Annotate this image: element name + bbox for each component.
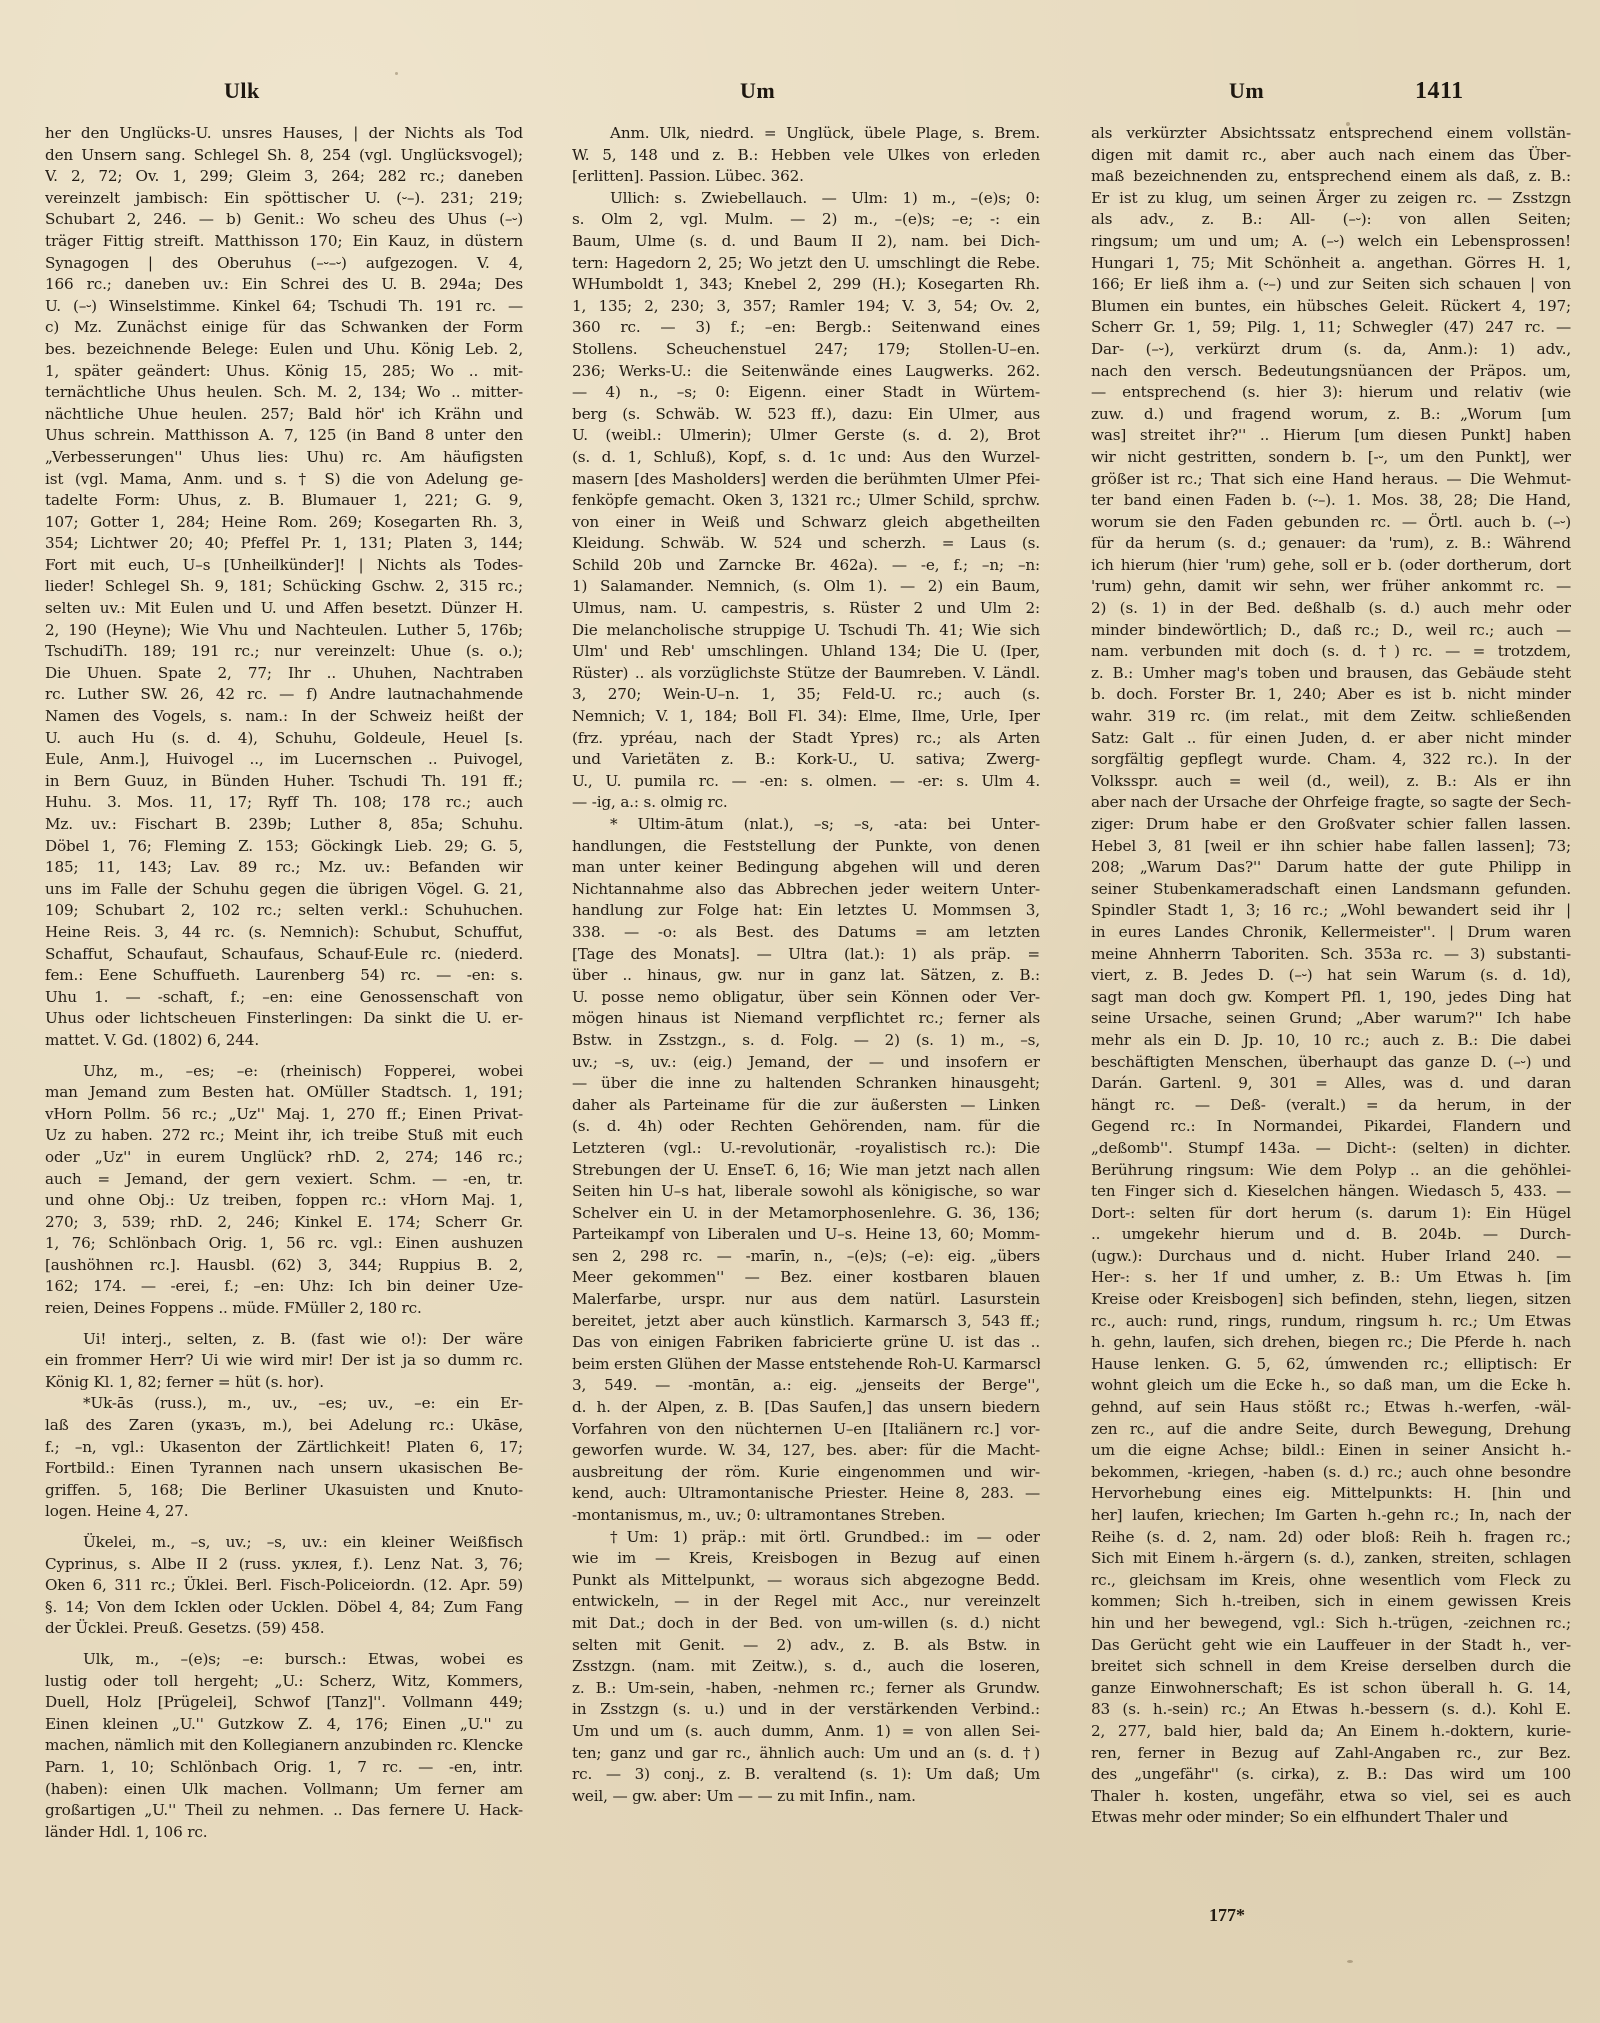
text-line: Punkt als Mittelpunkt, — woraus sich abg… (572, 1570, 1040, 1592)
text-line: meine Ahnherrn Taboriten. Sch. 353a rc. … (1091, 944, 1571, 966)
text-line: nam. verbunden mit doch (s. d. †) rc. — … (1091, 641, 1571, 663)
text-line: Das Gerücht geht wie ein Lauffeuer in de… (1091, 1635, 1571, 1657)
text-line: mit Dat.; doch in der Bed. von um-willen… (572, 1613, 1040, 1635)
text-line: Ullich: s. Zwiebellauch. — Ulm: 1) m., –… (572, 188, 1040, 210)
text-line: Uz zu haben. 272 rc.; Meint ihr, ich tre… (45, 1125, 523, 1147)
text-line: 166 rc.; daneben uv.: Ein Schrei des U. … (45, 274, 523, 296)
text-line: Meer gekommen'' — Bez. einer kostbaren b… (572, 1267, 1040, 1289)
text-line: Baum, Ulme (s. d. und Baum II 2), nam. b… (572, 231, 1040, 253)
text-line: großartigen „U.'' Theil zu nehmen. .. Da… (45, 1800, 523, 1822)
text-line: Rüster) .. als vorzüglichste Stütze der … (572, 663, 1040, 685)
text-line: zuw. d.) und fragend worum, z. B.: „Woru… (1091, 404, 1571, 426)
text-line: ringsum; um und um; A. (–⏑) welch ein Le… (1091, 231, 1571, 253)
text-line: ternächtliche Uhus heulen. Sch. M. 2, 13… (45, 382, 523, 404)
text-line: 354; Lichtwer 20; 40; Pfeffel Pr. 1, 131… (45, 533, 523, 555)
text-line: Parteikampf von Liberalen und U–s. Heine… (572, 1224, 1040, 1246)
text-line: Etwas mehr oder minder; So ein elfhunder… (1091, 1807, 1571, 1829)
text-line: was] streitet ihr?'' .. Hierum [um diese… (1091, 425, 1571, 447)
text-line: Die Uhuen. Spate 2, 77; Ihr .. Uhuhen, N… (45, 663, 523, 685)
text-line: ich hierum (hier 'rum) gehe, soll er b. … (1091, 555, 1571, 577)
text-line: handlungen, die Feststellung der Punkte,… (572, 836, 1040, 858)
text-line: digen mit damit rc., aber auch nach eine… (1091, 145, 1571, 167)
text-line: daher als Parteiname für die zur äußerst… (572, 1095, 1040, 1117)
text-line: * Ultim-ātum (nlat.), –s; –s, -ata: bei … (572, 814, 1040, 836)
text-line: des „ungefähr'' (s. cirka), z. B.: Das w… (1091, 1764, 1571, 1786)
text-line: Satz: Galt .. für einen Juden, d. er abe… (1091, 728, 1571, 750)
text-line: sagt man doch gw. Kompert Pfl. 1, 190, j… (1091, 987, 1571, 1009)
text-line: ziger: Drum habe er den Großvater schier… (1091, 814, 1571, 836)
text-line: b. doch. Forster Br. 1, 240; Aber es ist… (1091, 684, 1571, 706)
text-line: -montanismus, m., uv.; 0: ultramontanes … (572, 1505, 1040, 1527)
text-line: Fortbild.: Einen Tyrannen nach unsern uk… (45, 1458, 523, 1480)
text-line: Uhus oder lichtscheuen Finsterlingen: Da… (45, 1008, 523, 1030)
text-line: Die melancholische struppige U. Tschudi … (572, 620, 1040, 642)
text-line: 2, 190 (Heyne); Wie Vhu und Nachteulen. … (45, 620, 523, 642)
text-line: bes. bezeichnende Belege: Eulen und Uhu.… (45, 339, 523, 361)
text-line: (frz. ypréau, nach der Stadt Ypres) rc.;… (572, 728, 1040, 750)
text-line: man Jemand zum Besten hat. OMüller Stadt… (45, 1082, 523, 1104)
text-line: z. B.: Umher mag's toben und brausen, da… (1091, 663, 1571, 685)
text-line: Ui! interj., selten, z. B. (fast wie o!)… (45, 1329, 523, 1351)
text-line: fenköpfe gemacht. Oken 3, 1321 rc.; Ulme… (572, 490, 1040, 512)
page-number: 1411 (1415, 78, 1464, 105)
text-line: Fort mit euch, U–s [Unheilkünder]! | Nic… (45, 555, 523, 577)
text-line: 1) Salamander. Nemnich, (s. Olm 1). — 2)… (572, 576, 1040, 598)
text-line: §. 14; Von dem Icklen oder Ucklen. Döbel… (45, 1597, 523, 1619)
paper-fleck (1346, 122, 1350, 126)
text-line: Hervorhebung eines eig. Mittelpunkts: H.… (1091, 1483, 1571, 1505)
text-line: wie im — Kreis, Kreisbogen in Bezug auf … (572, 1548, 1040, 1570)
paper-fleck (395, 72, 398, 75)
text-line: Heine Reis. 3, 44 rc. (s. Nemnich): Schu… (45, 922, 523, 944)
text-line: Seiten hin U–s hat, liberale sowohl als … (572, 1181, 1040, 1203)
text-line: Ulk, m., –(e)s; –e: bursch.: Etwas, wobe… (45, 1649, 523, 1671)
text-line: Her-: s. her 1f und umher, z. B.: Um Etw… (1091, 1267, 1571, 1289)
text-line: Er ist zu klug, um seinen Ärger zu zeige… (1091, 188, 1571, 210)
text-line: wir nicht gestritten, sondern b. [-⏑, um… (1091, 447, 1571, 469)
text-line: 'rum) gehn, damit wir sehn, wer früher a… (1091, 576, 1571, 598)
text-line: seiner Stubenkameradschaft einen Landsma… (1091, 879, 1571, 901)
text-line: Ükelei, m., –s, uv.; –s, uv.: ein kleine… (45, 1532, 523, 1554)
text-line: TschudiTh. 189; 191 rc.; nur vereinzelt:… (45, 641, 523, 663)
text-line: in Bern Guuz, in Bünden Huher. Tschudi T… (45, 771, 523, 793)
text-line: Gegend rc.: In Normandei, Pikardei, Flan… (1091, 1116, 1571, 1138)
text-line: als verkürzter Absichtssatz entsprechend… (1091, 123, 1571, 145)
text-line: nach den versch. Bedeutungsnüancen der P… (1091, 361, 1571, 383)
text-line: (haben): einen Ulk machen. Vollmann; Um … (45, 1779, 523, 1801)
text-line: ganze Einwohnerschaft; Es ist schon über… (1091, 1678, 1571, 1700)
text-line: Nemnich; V. 1, 184; Boll Fl. 34): Elme, … (572, 706, 1040, 728)
text-line: fem.: Eene Schuffueth. Laurenberg 54) rc… (45, 965, 523, 987)
text-line: 2, 277, bald hier, bald da; An Einem h.-… (1091, 1721, 1571, 1743)
text-line: rc. Luther SW. 26, 42 rc. — f) Andre lau… (45, 684, 523, 706)
text-line: Schubart 2, 246. — b) Genit.: Wo scheu d… (45, 209, 523, 231)
text-line: .. umgekehr hierum und d. B. 204b. — Dur… (1091, 1224, 1571, 1246)
text-line: worum sie den Faden gebunden rc. — Örtl.… (1091, 512, 1571, 534)
text-line: griffen. 5, 168; Die Berliner Ukasuisten… (45, 1480, 523, 1502)
text-line: Berührung ringsum: Wie dem Polyp .. an d… (1091, 1160, 1571, 1182)
text-line: als adv., z. B.: All- (–⏑): von allen Se… (1091, 209, 1571, 231)
text-line: Ulmus, nam. U. campestris, s. Rüster 2 u… (572, 598, 1040, 620)
text-line: hängt rc. — Deß- (veralt.) = da herum, i… (1091, 1095, 1571, 1117)
text-line: laß des Zaren (указъ, m.), bei Adelung r… (45, 1415, 523, 1437)
text-line: 3, 270; Wein-U–n. 1, 35; Feld-U. rc.; au… (572, 684, 1040, 706)
text-line: und Varietäten z. B.: Kork-U., U. sativa… (572, 749, 1040, 771)
text-line: Thaler h. kosten, ungefähr, etwa so viel… (1091, 1786, 1571, 1808)
text-line: [erlitten]. Passion. Lübec. 362. (572, 166, 1040, 188)
text-column-2: Anm. Ulk, niedrd. = Unglück, übele Plage… (572, 123, 1040, 1807)
text-line: Hebel 3, 81 [weil er ihn schier habe fal… (1091, 836, 1571, 858)
text-line: Darán. Gartenl. 9, 301 = Alles, was d. u… (1091, 1073, 1571, 1095)
text-line: 1, 76; Schlönbach Orig. 1, 56 rc. vgl.: … (45, 1233, 523, 1255)
text-line: mögen hinaus ist Niemand verpflichtet rc… (572, 1008, 1040, 1030)
text-line: uv.; –s, uv.: (eig.) Jemand, der — und i… (572, 1052, 1040, 1074)
text-line: Hungari 1, 75; Mit Schönheit a. angethan… (1091, 253, 1571, 275)
text-line: maß bezeichnenden zu, entsprechend einem… (1091, 166, 1571, 188)
text-line: z. B.: Um-sein, -haben, -nehmen rc.; fer… (572, 1678, 1040, 1700)
text-line: Kleidung. Schwäb. W. 524 und scherzh. = … (572, 533, 1040, 555)
text-line: „deßomb''. Stumpf 143a. — Dicht-: (selte… (1091, 1138, 1571, 1160)
text-line: seine Ursache, seinen Grund; „Aber warum… (1091, 1008, 1571, 1030)
text-line: Ulm' und Reb' umschlingen. Uhland 134; D… (572, 641, 1040, 663)
text-line: Cyprinus, s. Albe II 2 (russ. уклея, f.)… (45, 1554, 523, 1576)
text-line: h. gehn, laufen, sich drehen, biegen rc.… (1091, 1332, 1571, 1354)
text-line: Schaffut, Schaufaut, Schaufaus, Schauf-E… (45, 944, 523, 966)
text-line: Nichtannahme also das Abbrechen jeder we… (572, 879, 1040, 901)
text-line: logen. Heine 4, 27. (45, 1501, 523, 1523)
text-line: berg (s. Schwäb. W. 523 ff.), dazu: Ein … (572, 404, 1040, 426)
text-line: Reihe (s. d. 2, nam. 2d) oder bloß: Reih… (1091, 1527, 1571, 1549)
text-line: Stollens. Scheuchenstuel 247; 179; Stoll… (572, 339, 1040, 361)
text-line: über .. hinaus, gw. nur in ganz lat. Sät… (572, 965, 1040, 987)
text-line: (s. d. 1, Schluß), Kopf, s. d. 1c und: A… (572, 447, 1040, 469)
text-line: minder bindewörtlich; D., daß rc.; D., w… (1091, 620, 1571, 642)
text-line: rc., auch: rund, rings, rundum, ringsum … (1091, 1311, 1571, 1333)
text-line: Dar- (–⏑), verkürzt drum (s. da, Anm.): … (1091, 339, 1571, 361)
text-line: — entsprechend (s. hier 3): hierum und r… (1091, 382, 1571, 404)
text-line: uns im Falle der Schuhu gegen die übrige… (45, 879, 523, 901)
text-line: 338. — -o: als Best. des Datums = am let… (572, 922, 1040, 944)
text-line: ter band einen Faden b. (⏑–). 1. Mos. 38… (1091, 490, 1571, 512)
text-line: 208; „Warum Das?'' Darum hatte der gute … (1091, 857, 1571, 879)
text-column-3: als verkürzter Absichtssatz entsprechend… (1091, 123, 1571, 1829)
text-line: kend, auch: Ultramontanische Priester. H… (572, 1483, 1040, 1505)
text-line: [Tage des Monats]. — Ultra (lat.): 1) al… (572, 944, 1040, 966)
text-line: ein frommer Herr? Ui wie wird mir! Der i… (45, 1350, 523, 1372)
text-line: Malerfarbe, urspr. nur aus dem natürl. L… (572, 1289, 1040, 1311)
text-line: Das von einigen Fabriken fabricierte grü… (572, 1332, 1040, 1354)
dictionary-page: Ulk Um Um 1411 her den Unglücks-U. unsre… (0, 0, 1600, 2023)
text-line: Kreise oder Kreisbogen] sich befinden, s… (1091, 1289, 1571, 1311)
text-line: 3, 549. — -montān, a.: eig. „jenseits de… (572, 1375, 1040, 1397)
text-line: 162; 174. — -erei, f.; –en: Uhz: Ich bin… (45, 1276, 523, 1298)
text-line: Sich mit Einem h.-ärgern (s. d.), zanken… (1091, 1548, 1571, 1570)
text-line: tern: Hagedorn 2, 25; Wo jetzt den U. um… (572, 253, 1040, 275)
text-line: U. (weibl.: Ulmerin); Ulmer Gerste (s. d… (572, 425, 1040, 447)
text-line: U. auch Hu (s. d. 4), Schuhu, Goldeule, … (45, 728, 523, 750)
text-line: entwickeln, — in der Regel mit Acc., nur… (572, 1591, 1040, 1613)
text-line: V. 2, 72; Ov. 1, 299; Gleim 3, 264; 282 … (45, 166, 523, 188)
text-line: Vorfahren von den nüchternen U–en [Itali… (572, 1419, 1040, 1441)
text-line: ten; ganz und gar rc., ähnlich auch: Um … (572, 1743, 1040, 1765)
text-line: 107; Gotter 1, 284; Heine Rom. 269; Kose… (45, 512, 523, 534)
text-line: träger Fittig streift. Matthisson 170; E… (45, 231, 523, 253)
text-line: Uhus schrein. Matthisson A. 7, 125 (in B… (45, 425, 523, 447)
text-line: viert, z. B. Jedes D. (–⏑) hat sein Waru… (1091, 965, 1571, 987)
paper-fleck (1347, 1960, 1353, 1963)
text-line: d. h. der Alpen, z. B. [Das Saufen,] das… (572, 1397, 1040, 1419)
text-line: c) Mz. Zunächst einige für das Schwanken… (45, 317, 523, 339)
text-line: U., U. pumila rc. — -en: s. olmen. — -er… (572, 771, 1040, 793)
text-line: 2) (s. 1) in der Bed. deßhalb (s. d.) au… (1091, 598, 1571, 620)
text-line: der Ücklei. Preuß. Gesetzs. (59) 458. (45, 1618, 523, 1640)
text-line: Oken 6, 311 rc.; Üklei. Berl. Fisch-Poli… (45, 1575, 523, 1597)
text-line: Mz. uv.: Fischart B. 239b; Luther 8, 85a… (45, 814, 523, 836)
text-line: hin und her bewegend, vgl.: Sich h.-trüg… (1091, 1613, 1571, 1635)
text-line: Dort-: selten für dort herum (s. darum 1… (1091, 1203, 1571, 1225)
text-line: auch = Jemand, der gern vexiert. Schm. —… (45, 1169, 523, 1191)
text-line: masern [des Masholders] werden die berüh… (572, 469, 1040, 491)
text-line: U. posse nemo obligatur, über sein Könne… (572, 987, 1040, 1009)
text-line: ausbreitung der röm. Kurie eingenommen u… (572, 1462, 1040, 1484)
text-line: 1, 135; 2, 230; 3, 357; Ramler 194; V. 3… (572, 296, 1040, 318)
text-line: Spindler Stadt 1, 3; 16 rc.; „Wohl bewan… (1091, 900, 1571, 922)
text-line: Huhu. 3. Mos. 11, 17; Ryff Th. 108; 178 … (45, 792, 523, 814)
text-line: man unter keiner Bedingung abgehen will … (572, 857, 1040, 879)
text-line: tadelte Form: Uhus, z. B. Blumauer 1, 22… (45, 490, 523, 512)
text-line: †Um: 1) präp.: mit örtl. Grundbed.: im —… (572, 1527, 1040, 1549)
text-line: Anm. Ulk, niedrd. = Unglück, übele Plage… (572, 123, 1040, 145)
text-line: Duell, Holz [Prügelei], Schwof [Tanz]''.… (45, 1692, 523, 1714)
text-line: W. 5, 148 und z. B.: Hebben vele Ulkes v… (572, 145, 1040, 167)
text-line: 185; 11, 143; Lav. 89 rc.; Mz. uv.: Befa… (45, 857, 523, 879)
text-line: länder Hdl. 1, 106 rc. (45, 1822, 523, 1844)
text-line: Uhu 1. — -schaft, f.; –en: eine Genossen… (45, 987, 523, 1009)
text-line: *Uk-ās (russ.), m., uv., –es; uv., –e: e… (45, 1393, 523, 1415)
text-line: und ohne Obj.: Uz treiben, foppen rc.: v… (45, 1190, 523, 1212)
text-line: mehr als ein D. Jp. 10, 10 rc.; auch z. … (1091, 1030, 1571, 1052)
text-line: Parn. 1, 10; Schlönbach Orig. 1, 7 rc. —… (45, 1757, 523, 1779)
text-line: größer ist rc.; That sich eine Hand hera… (1091, 469, 1571, 491)
text-line: machen, nämlich mit den Kollegianern anz… (45, 1735, 523, 1757)
text-line: bekommen, -kriegen, -haben (s. d.) rc.; … (1091, 1462, 1571, 1484)
text-line: Hause lenken. G. 5, 62, úmwenden rc.; el… (1091, 1354, 1571, 1376)
text-line: Blumen ein buntes, ein hübsches Geleit. … (1091, 296, 1571, 318)
text-line: wahr. 319 rc. (im relat., mit dem Zeitw.… (1091, 706, 1571, 728)
text-line: rc., gleichsam im Kreis, ohne wesentlich… (1091, 1570, 1571, 1592)
text-line: Namen des Vogels, s. nam.: In der Schwei… (45, 706, 523, 728)
text-line: 360 rc. — 3) f.; –en: Bergb.: Seitenwand… (572, 317, 1040, 339)
text-line: wohnt gleich um die Ecke h., so daß man,… (1091, 1375, 1571, 1397)
text-line: 1, später geändert: Uhus. König 15, 285;… (45, 361, 523, 383)
text-line: Bstw. in Zsstzgn., s. d. Folg. — 2) (s. … (572, 1030, 1040, 1052)
text-line: 166; Er ließ ihm a. (⏑–) und zur Seiten … (1091, 274, 1571, 296)
printer-signature: 177* (1209, 1905, 1245, 1926)
text-line: in eures Landes Chronik, Kellermeister''… (1091, 922, 1571, 944)
text-line: sen 2, 298 rc. — -marīn, n., –(e)s; (–e)… (572, 1246, 1040, 1268)
text-line: beim ersten Glühen der Masse entstehende… (572, 1354, 1040, 1376)
text-line: geworfen wurde. W. 34, 127, bes. aber: f… (572, 1440, 1040, 1462)
text-line: vereinzelt jambisch: Ein spöttischer U. … (45, 188, 523, 210)
text-line: 83 (s. h.-sein) rc.; An Etwas h.-bessern… (1091, 1699, 1571, 1721)
text-line: König Kl. 1, 82; ferner = hüt (s. hor). (45, 1372, 523, 1394)
text-line: 236; Werks-U.: die Seitenwände eines Lau… (572, 361, 1040, 383)
text-line: selten mit Genit. — 2) adv., z. B. als B… (572, 1635, 1040, 1657)
text-line: [aushöhnen rc.]. Hausbl. (62) 3, 344; Ru… (45, 1255, 523, 1277)
text-line: Scherr Gr. 1, 59; Pilg. 1, 11; Schwegler… (1091, 317, 1571, 339)
text-line: Schelver ein U. in der Metamorphosenlehr… (572, 1203, 1040, 1225)
text-line: ren, ferner in Bezug auf Zahl-Angaben rc… (1091, 1743, 1571, 1765)
text-line: Volksspr. auch = weil (d., weil), z. B.:… (1091, 771, 1571, 793)
text-line: den Unsern sang. Schlegel Sh. 8, 254 (vg… (45, 145, 523, 167)
text-line: für da herum (s. d.; genauer: da 'rum), … (1091, 533, 1571, 555)
text-line: Döbel 1, 76; Fleming Z. 153; Göckingk Li… (45, 836, 523, 858)
text-line: lieder! Schlegel Sh. 9, 181; Schücking G… (45, 576, 523, 598)
text-line: Um und um (s. auch dumm, Anm. 1) = von a… (572, 1721, 1040, 1743)
running-head-right: Um (1229, 78, 1264, 104)
text-line: s. Olm 2, vgl. Mulm. — 2) m., –(e)s; –e;… (572, 209, 1040, 231)
text-line: Uhz, m., –es; –e: (rheinisch) Fopperei, … (45, 1061, 523, 1083)
text-line: f.; –n, vgl.: Ukasenton der Zärtlichkeit… (45, 1437, 523, 1459)
text-line: gehnd, auf sein Haus stößt rc.; Etwas h.… (1091, 1397, 1571, 1419)
text-line: rc. — 3) conj., z. B. veraltend (s. 1): … (572, 1764, 1040, 1786)
running-head-left: Ulk (224, 78, 260, 104)
text-line: Schild 20b und Zarncke Br. 462a). — -e, … (572, 555, 1040, 577)
text-line: vHorn Pollm. 56 rc.; „Uz'' Maj. 1, 270 f… (45, 1104, 523, 1126)
text-line: „Verbesserungen'' Uhus lies: Uhu) rc. Am… (45, 447, 523, 469)
text-line: nächtliche Uhue heulen. 257; Bald hör' i… (45, 404, 523, 426)
text-line: 270; 3, 539; rhD. 2, 246; Kinkel E. 174;… (45, 1212, 523, 1234)
text-line: von einer in Weiß und Schwarz gleich abg… (572, 512, 1040, 534)
text-line: Zsstzgn. (nam. mit Zeitw.), s. d., auch … (572, 1656, 1040, 1678)
text-column-1: her den Unglücks-U. unsres Hauses, | der… (45, 123, 523, 1843)
text-line: U. (–⏑) Winselstimme. Kinkel 64; Tschudi… (45, 296, 523, 318)
text-line: Strebungen der U. EnseT. 6, 16; Wie man … (572, 1160, 1040, 1182)
text-line: ist (vgl. Mama, Anm. und s. † S) die von… (45, 469, 523, 491)
text-line: mattet. V. Gd. (1802) 6, 244. (45, 1030, 523, 1052)
text-line: lustig oder toll hergeht; „U.: Scherz, W… (45, 1671, 523, 1693)
text-line: Einen kleinen „U.'' Gutzkow Z. 4, 176; E… (45, 1714, 523, 1736)
text-line: (ugw.): Durchaus und d. nicht. Huber Irl… (1091, 1246, 1571, 1268)
text-line: — 4) n., –s; 0: Eigenn. einer Stadt in W… (572, 382, 1040, 404)
text-line: — über die inne zu haltenden Schranken h… (572, 1073, 1040, 1095)
text-line: in Zsstzgn (s. u.) und in der verstärken… (572, 1699, 1040, 1721)
text-line: (s. d. 4h) oder Rechten Gehörenden, nam.… (572, 1116, 1040, 1138)
text-line: sorgfältig gepflegt wurde. Cham. 4, 322 … (1091, 749, 1571, 771)
text-line: bereitet, jetzt aber auch künstlich. Kar… (572, 1311, 1040, 1333)
text-line: — -ig, a.: s. olmig rc. (572, 792, 1040, 814)
text-line: selten uv.: Mit Eulen und U. und Affen b… (45, 598, 523, 620)
text-line: oder „Uz'' in eurem Unglück? rhD. 2, 274… (45, 1147, 523, 1169)
text-line: zen rc., auf die andre Seite, durch Bewe… (1091, 1419, 1571, 1441)
text-line: 109; Schubart 2, 102 rc.; selten verkl.:… (45, 900, 523, 922)
text-line: Synagogen | des Oberuhus (–⏑–⏑) aufgezog… (45, 253, 523, 275)
text-line: aber nach der Ursache der Ohrfeige fragt… (1091, 792, 1571, 814)
text-line: kommen; Sich h.-treiben, sich in einem g… (1091, 1591, 1571, 1613)
text-line: reien, Deines Foppens .. müde. FMüller 2… (45, 1298, 523, 1320)
text-line: Letzteren (vgl.: U.-revolutionär, -royal… (572, 1138, 1040, 1160)
text-line: ten Finger sich d. Kieselchen hängen. Wi… (1091, 1181, 1571, 1203)
text-line: Eule, Anm.], Huivogel .., im Lucernschen… (45, 749, 523, 771)
text-line: her den Unglücks-U. unsres Hauses, | der… (45, 123, 523, 145)
text-line: WHumboldt 1, 343; Knebel 2, 299 (H.); Ko… (572, 274, 1040, 296)
text-line: weil, — gw. aber: Um — — zu mit Infin., … (572, 1786, 1040, 1808)
text-line: um die eigne Achse; bildl.: Einen in sei… (1091, 1440, 1571, 1462)
text-line: beschäftigten Menschen, überhaupt das ga… (1091, 1052, 1571, 1074)
running-head-center: Um (740, 78, 775, 104)
text-line: her] laufen, kriechen; Im Garten h.-gehn… (1091, 1505, 1571, 1527)
text-line: handlung zur Folge hat: Ein letztes U. M… (572, 900, 1040, 922)
text-line: breitet sich schnell in dem Kreise derse… (1091, 1656, 1571, 1678)
